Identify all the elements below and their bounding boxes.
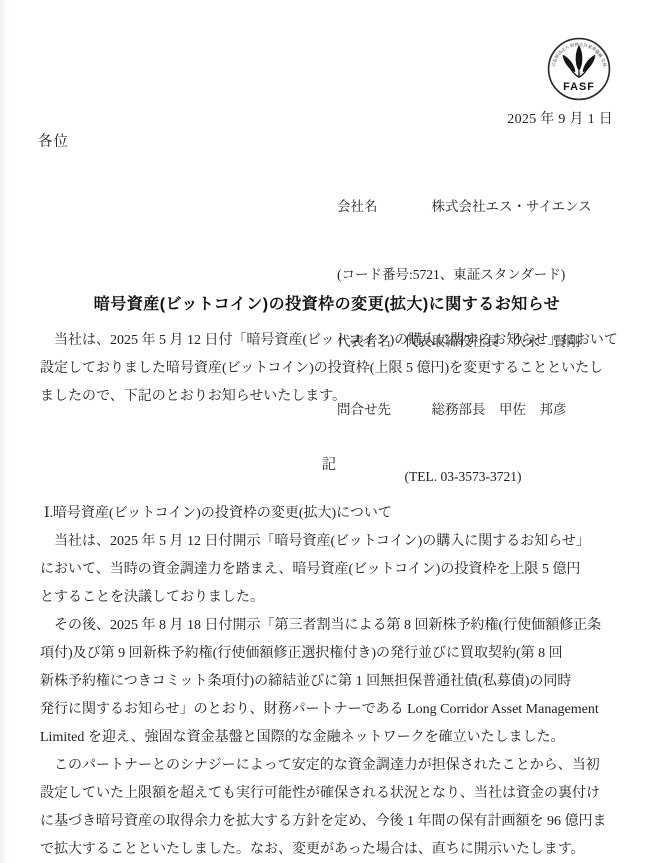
text-line: とすることを決議しておりました。 [40,584,624,612]
stock-code-line: (コード番号:5721、東証スタンダード) [337,264,592,287]
text-line: 新株予約権につきコミット条項付)の締結並びに第 1 回無担保普通社債(私募債)の… [40,668,624,696]
text-line: ましたので、下記のとおりお知らせいたします。 [40,383,622,411]
fasf-logo-graphic: 公益財団法人 財務会計基準機構 会員 FASF [546,36,612,102]
text-line: その後、2025 年 8 月 18 日付開示「第三者割当による第 8 回新株予約… [40,612,624,640]
text-line: このパートナーとのシナジーによって安定的な資金調達力が担保されたことから、当初 [40,752,624,780]
text-line: 当社は、2025 年 5 月 12 日付開示「暗号資産(ビットコイン)の購入に関… [40,528,624,556]
addressee: 各位 [38,130,69,151]
logo-fasf-label: FASF [563,81,595,93]
text-line: に基づき暗号資産の取得余力を拡大する方針を定め、今後 1 年間の保有計画額を 9… [40,808,624,836]
section-1-heading: Ⅰ.暗号資産(ビットコイン)の投資枠の変更(拡大)について [40,500,624,528]
section-1-paragraph-3: このパートナーとのシナジーによって安定的な資金調達力が担保されたことから、当初 … [40,752,624,863]
section-1-paragraph-2: その後、2025 年 8 月 18 日付開示「第三者割当による第 8 回新株予約… [40,612,624,752]
text-line: で拡大することといたしました。なお、変更があった場合は、直ちに開示いたします。 [40,836,624,863]
fasf-member-logo: 公益財団法人 財務会計基準機構 会員 FASF [546,36,612,102]
text-line: 設定しておりました暗号資産(ビットコイン)の投資枠(上限 5 億円)を変更するこ… [40,355,622,383]
intro-paragraph: 当社は、2025 年 5 月 12 日付「暗号資産(ビットコイン)の購入に関する… [40,327,622,411]
company-name-line: 会社名 株式会社エス・サイエンス [337,196,592,219]
text-line: 項付)及び第 9 回新株予約権(行使価額修正選択権付き)の発行並びに買取契約(第… [40,640,624,668]
document-title: 暗号資産(ビットコイン)の投資枠の変更(拡大)に関するお知らせ [0,291,654,314]
document-date: 2025 年 9 月 1 日 [507,108,613,128]
section-1-paragraph-1: 当社は、2025 年 5 月 12 日付開示「暗号資産(ビットコイン)の購入に関… [40,528,624,612]
text-line: Limited を迎え、強固な資金基盤と国際的な金融ネットワークを確立いたしまし… [40,724,624,752]
document-page: 公益財団法人 財務会計基準機構 会員 FASF 2025 年 9 月 1 日 各… [0,0,654,863]
text-line: において、当時の資金調達力を踏まえ、暗号資産(ビットコイン)の投資枠を上限 5 … [40,556,624,584]
notation-mark: 記 [40,451,618,479]
text-line: 発行に関するお知らせ」のとおり、財務パートナーである Long Corridor… [40,696,624,724]
section-1: Ⅰ.暗号資産(ビットコイン)の投資枠の変更(拡大)について 当社は、2025 年… [40,500,624,863]
text-line: 当社は、2025 年 5 月 12 日付「暗号資産(ビットコイン)の購入に関する… [40,327,622,355]
page-edge-shadow [0,0,10,863]
text-line: 設定していた上限額を超えても実行可能性が確保される状況となり、当社は資金の裏付け [40,780,624,808]
